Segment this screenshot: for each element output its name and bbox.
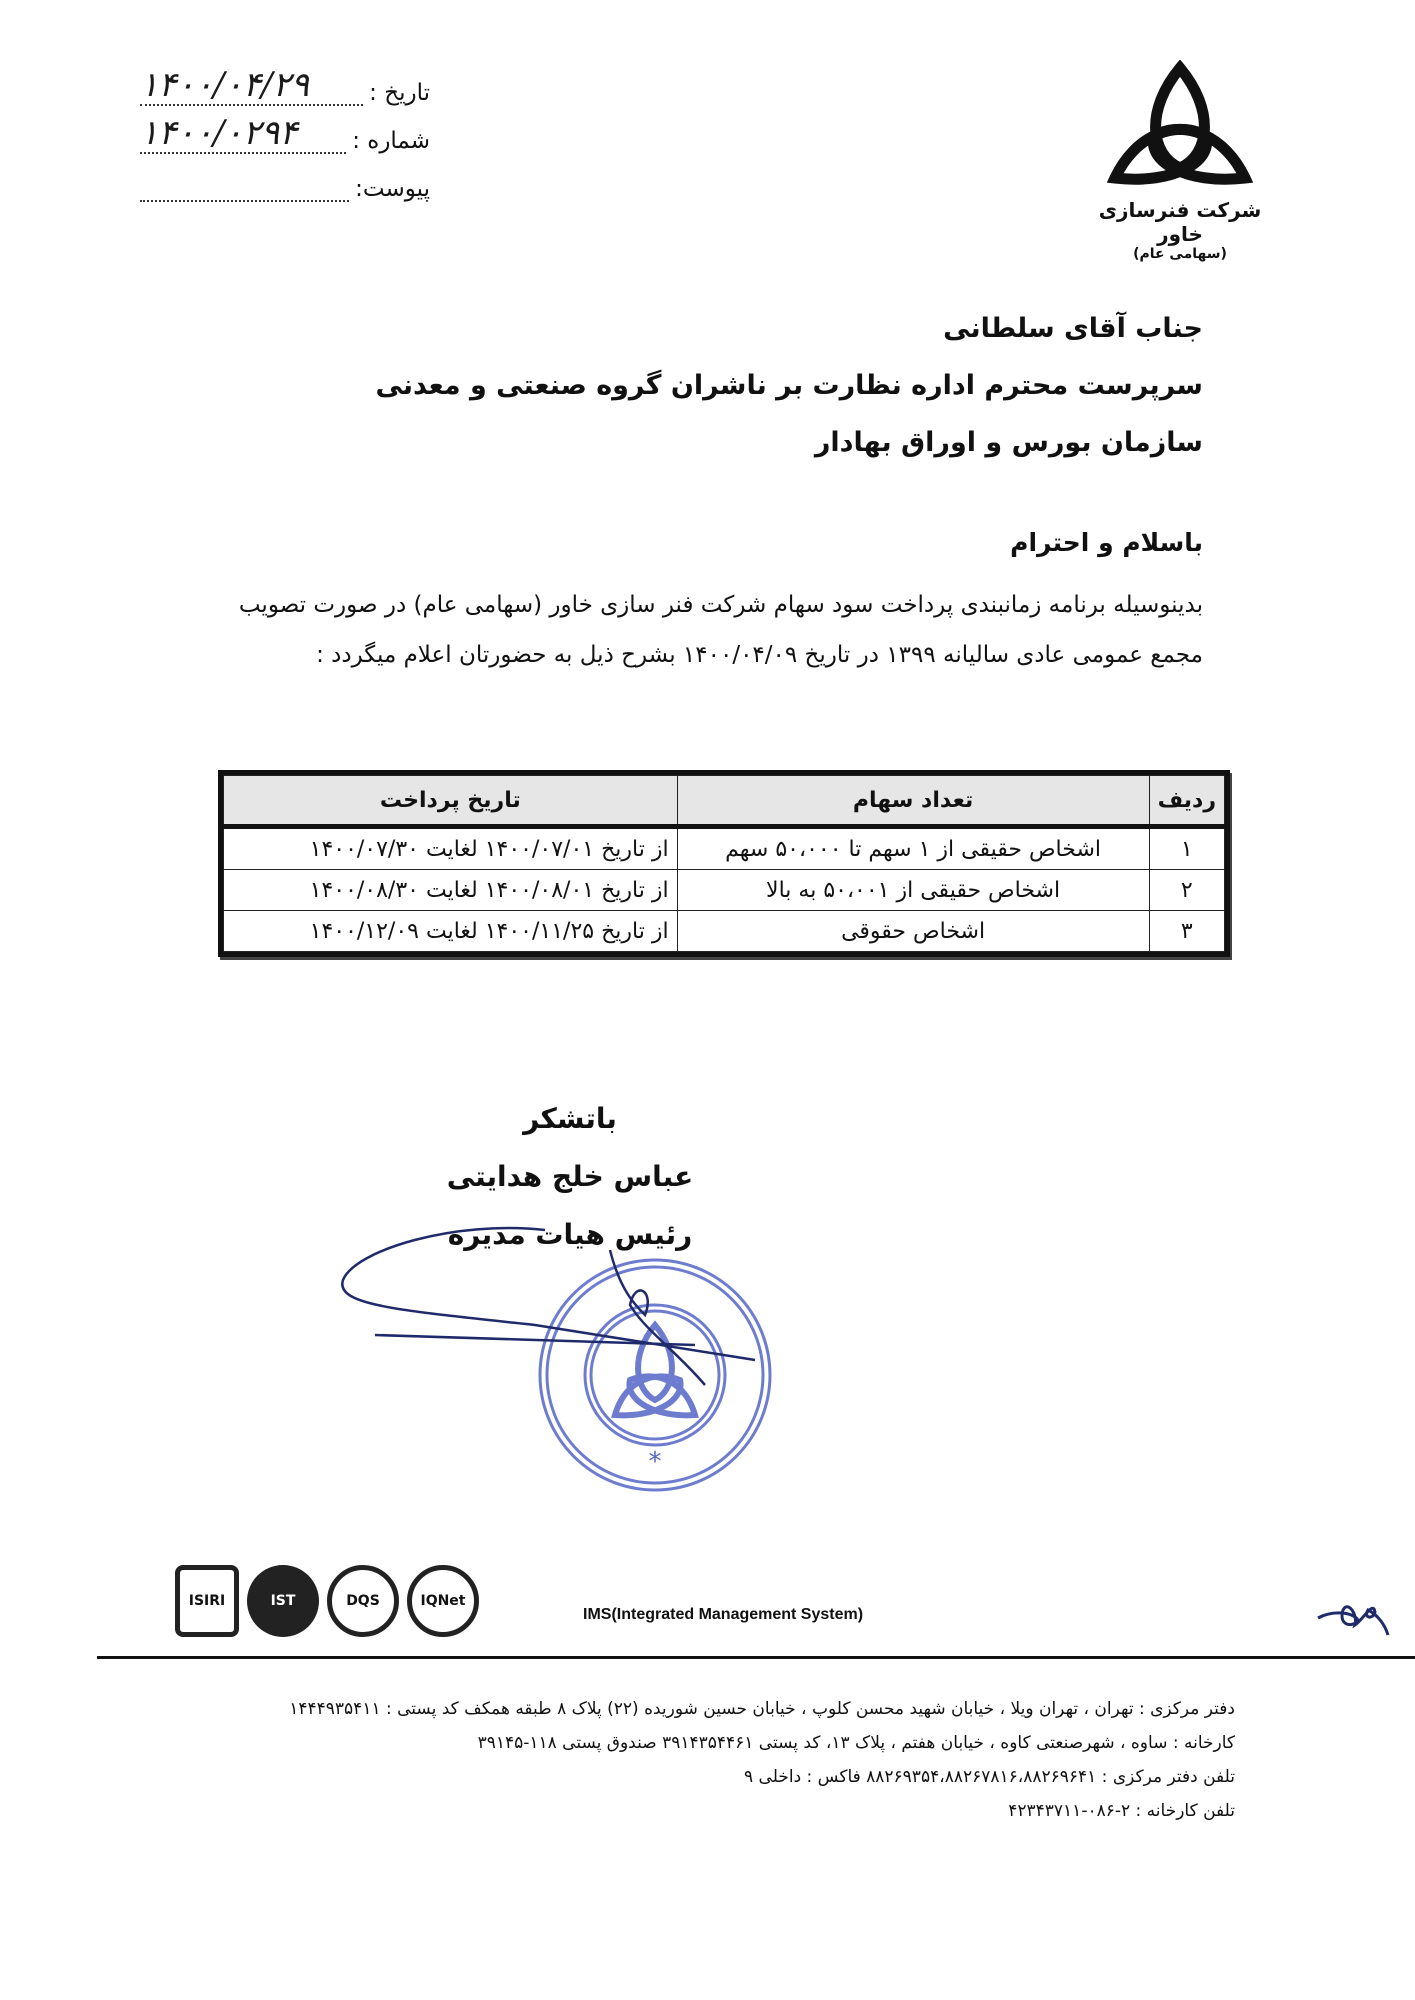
closing: باتشکر: [400, 1090, 740, 1148]
payment-period: از تاریخ ۱۴۰۰/۱۱/۲۵ لغایت ۱۴۰۰/۱۲/۰۹: [224, 911, 678, 952]
date-value: ۱۴۰۰/۰۴/۲۹: [140, 68, 363, 106]
row-number: ۱: [1149, 827, 1224, 870]
table-row: ۲ اشخاص حقیقی از ۵۰،۰۰۱ به بالا از تاریخ…: [224, 870, 1225, 911]
date-label: تاریخ :: [369, 80, 430, 106]
date-field: تاریخ : ۱۴۰۰/۰۴/۲۹: [140, 58, 430, 106]
letter-body: بدینوسیله برنامه زمانبندی پرداخت سود سها…: [203, 580, 1203, 680]
shares-range: اشخاص حقیقی از ۱ سهم تا ۵۰،۰۰۰ سهم: [677, 827, 1149, 870]
row-number: ۲: [1149, 870, 1224, 911]
payment-period: از تاریخ ۱۴۰۰/۰۷/۰۱ لغایت ۱۴۰۰/۰۷/۳۰: [224, 827, 678, 870]
office-address: دفتر مرکزی : تهران ، تهران ویلا ، خیابان…: [235, 1692, 1235, 1726]
dqs-badge-icon: DQS: [327, 1565, 399, 1637]
initials-signature-icon: [1313, 1590, 1393, 1640]
footer-divider: [97, 1656, 1415, 1659]
body-line-1: بدینوسیله برنامه زمانبندی پرداخت سود سها…: [203, 580, 1203, 630]
dividend-schedule-table: ردیف تعداد سهام تاریخ پرداخت ۱ اشخاص حقی…: [218, 770, 1230, 957]
factory-phone: تلفن کارخانه : ۲-۰۸۶-۴۲۳۴۳۷۱۱: [235, 1794, 1235, 1828]
header-shares: تعداد سهام: [677, 776, 1149, 827]
number-label: شماره :: [352, 128, 430, 154]
isiri-standard-icon: ISIRI: [175, 1565, 239, 1637]
company-name: شرکت فنرسازی خاور: [1080, 198, 1280, 246]
office-phone: تلفن دفتر مرکزی : ۸۸۲۶۹۳۵۴،۸۸۲۶۷۸۱۶،۸۸۲۶…: [235, 1760, 1235, 1794]
iqnet-badge-icon: IQNet: [407, 1565, 479, 1637]
attachment-label: پیوست:: [355, 176, 430, 202]
ist-badge-icon: IST: [247, 1565, 319, 1637]
payment-period: از تاریخ ۱۴۰۰/۰۸/۰۱ لغایت ۱۴۰۰/۰۸/۳۰: [224, 870, 678, 911]
company-logo: شرکت فنرسازی خاور (سهامی عام): [1080, 60, 1280, 262]
attachment-field: پیوست:: [140, 154, 430, 202]
certification-badges: ISIRI IST DQS IQNet: [175, 1565, 479, 1637]
number-field: شماره : ۱۴۰۰/۰۲۹۴: [140, 106, 430, 154]
header-row-number: ردیف: [1149, 776, 1224, 827]
shares-range: اشخاص حقوقی: [677, 911, 1149, 952]
signatory-name: عباس خلج هدایتی: [400, 1148, 740, 1206]
shares-range: اشخاص حقیقی از ۵۰،۰۰۱ به بالا: [677, 870, 1149, 911]
number-value: ۱۴۰۰/۰۲۹۴: [140, 116, 346, 154]
ims-label: IMS(Integrated Management System): [583, 1606, 863, 1624]
attachment-value: [140, 192, 349, 202]
signature-block: باتشکر عباس خلج هدایتی رئیس هیات مدیره: [400, 1090, 740, 1264]
company-type: (سهامی عام): [1080, 246, 1280, 262]
header-payment-date: تاریخ پرداخت: [224, 776, 678, 827]
addressee-name: جناب آقای سلطانی: [376, 300, 1203, 357]
factory-address: کارخانه : ساوه ، شهرصنعتی کاوه ، خیابان …: [235, 1726, 1235, 1760]
table-row: ۳ اشخاص حقوقی از تاریخ ۱۴۰۰/۱۱/۲۵ لغایت …: [224, 911, 1225, 952]
letterhead-footer: دفتر مرکزی : تهران ، تهران ویلا ، خیابان…: [235, 1692, 1235, 1828]
signatory-title: رئیس هیات مدیره: [400, 1206, 740, 1264]
triquetra-logo-icon: [1105, 60, 1255, 190]
addressee-block: جناب آقای سلطانی سرپرست محترم اداره نظار…: [376, 300, 1203, 471]
table-header-row: ردیف تعداد سهام تاریخ پرداخت: [224, 776, 1225, 827]
body-line-2: مجمع عمومی عادی سالیانه ۱۳۹۹ در تاریخ ۱۴…: [203, 630, 1203, 680]
table-row: ۱ اشخاص حقیقی از ۱ سهم تا ۵۰،۰۰۰ سهم از …: [224, 827, 1225, 870]
greeting: باسلام و احترام: [1010, 528, 1203, 557]
addressee-organization: سازمان بورس و اوراق بهادار: [376, 414, 1203, 471]
letter-meta: تاریخ : ۱۴۰۰/۰۴/۲۹ شماره : ۱۴۰۰/۰۲۹۴ پیو…: [140, 58, 430, 202]
row-number: ۳: [1149, 911, 1224, 952]
svg-text:*: *: [649, 1447, 662, 1477]
addressee-position: سرپرست محترم اداره نظارت بر ناشران گروه …: [376, 357, 1203, 414]
